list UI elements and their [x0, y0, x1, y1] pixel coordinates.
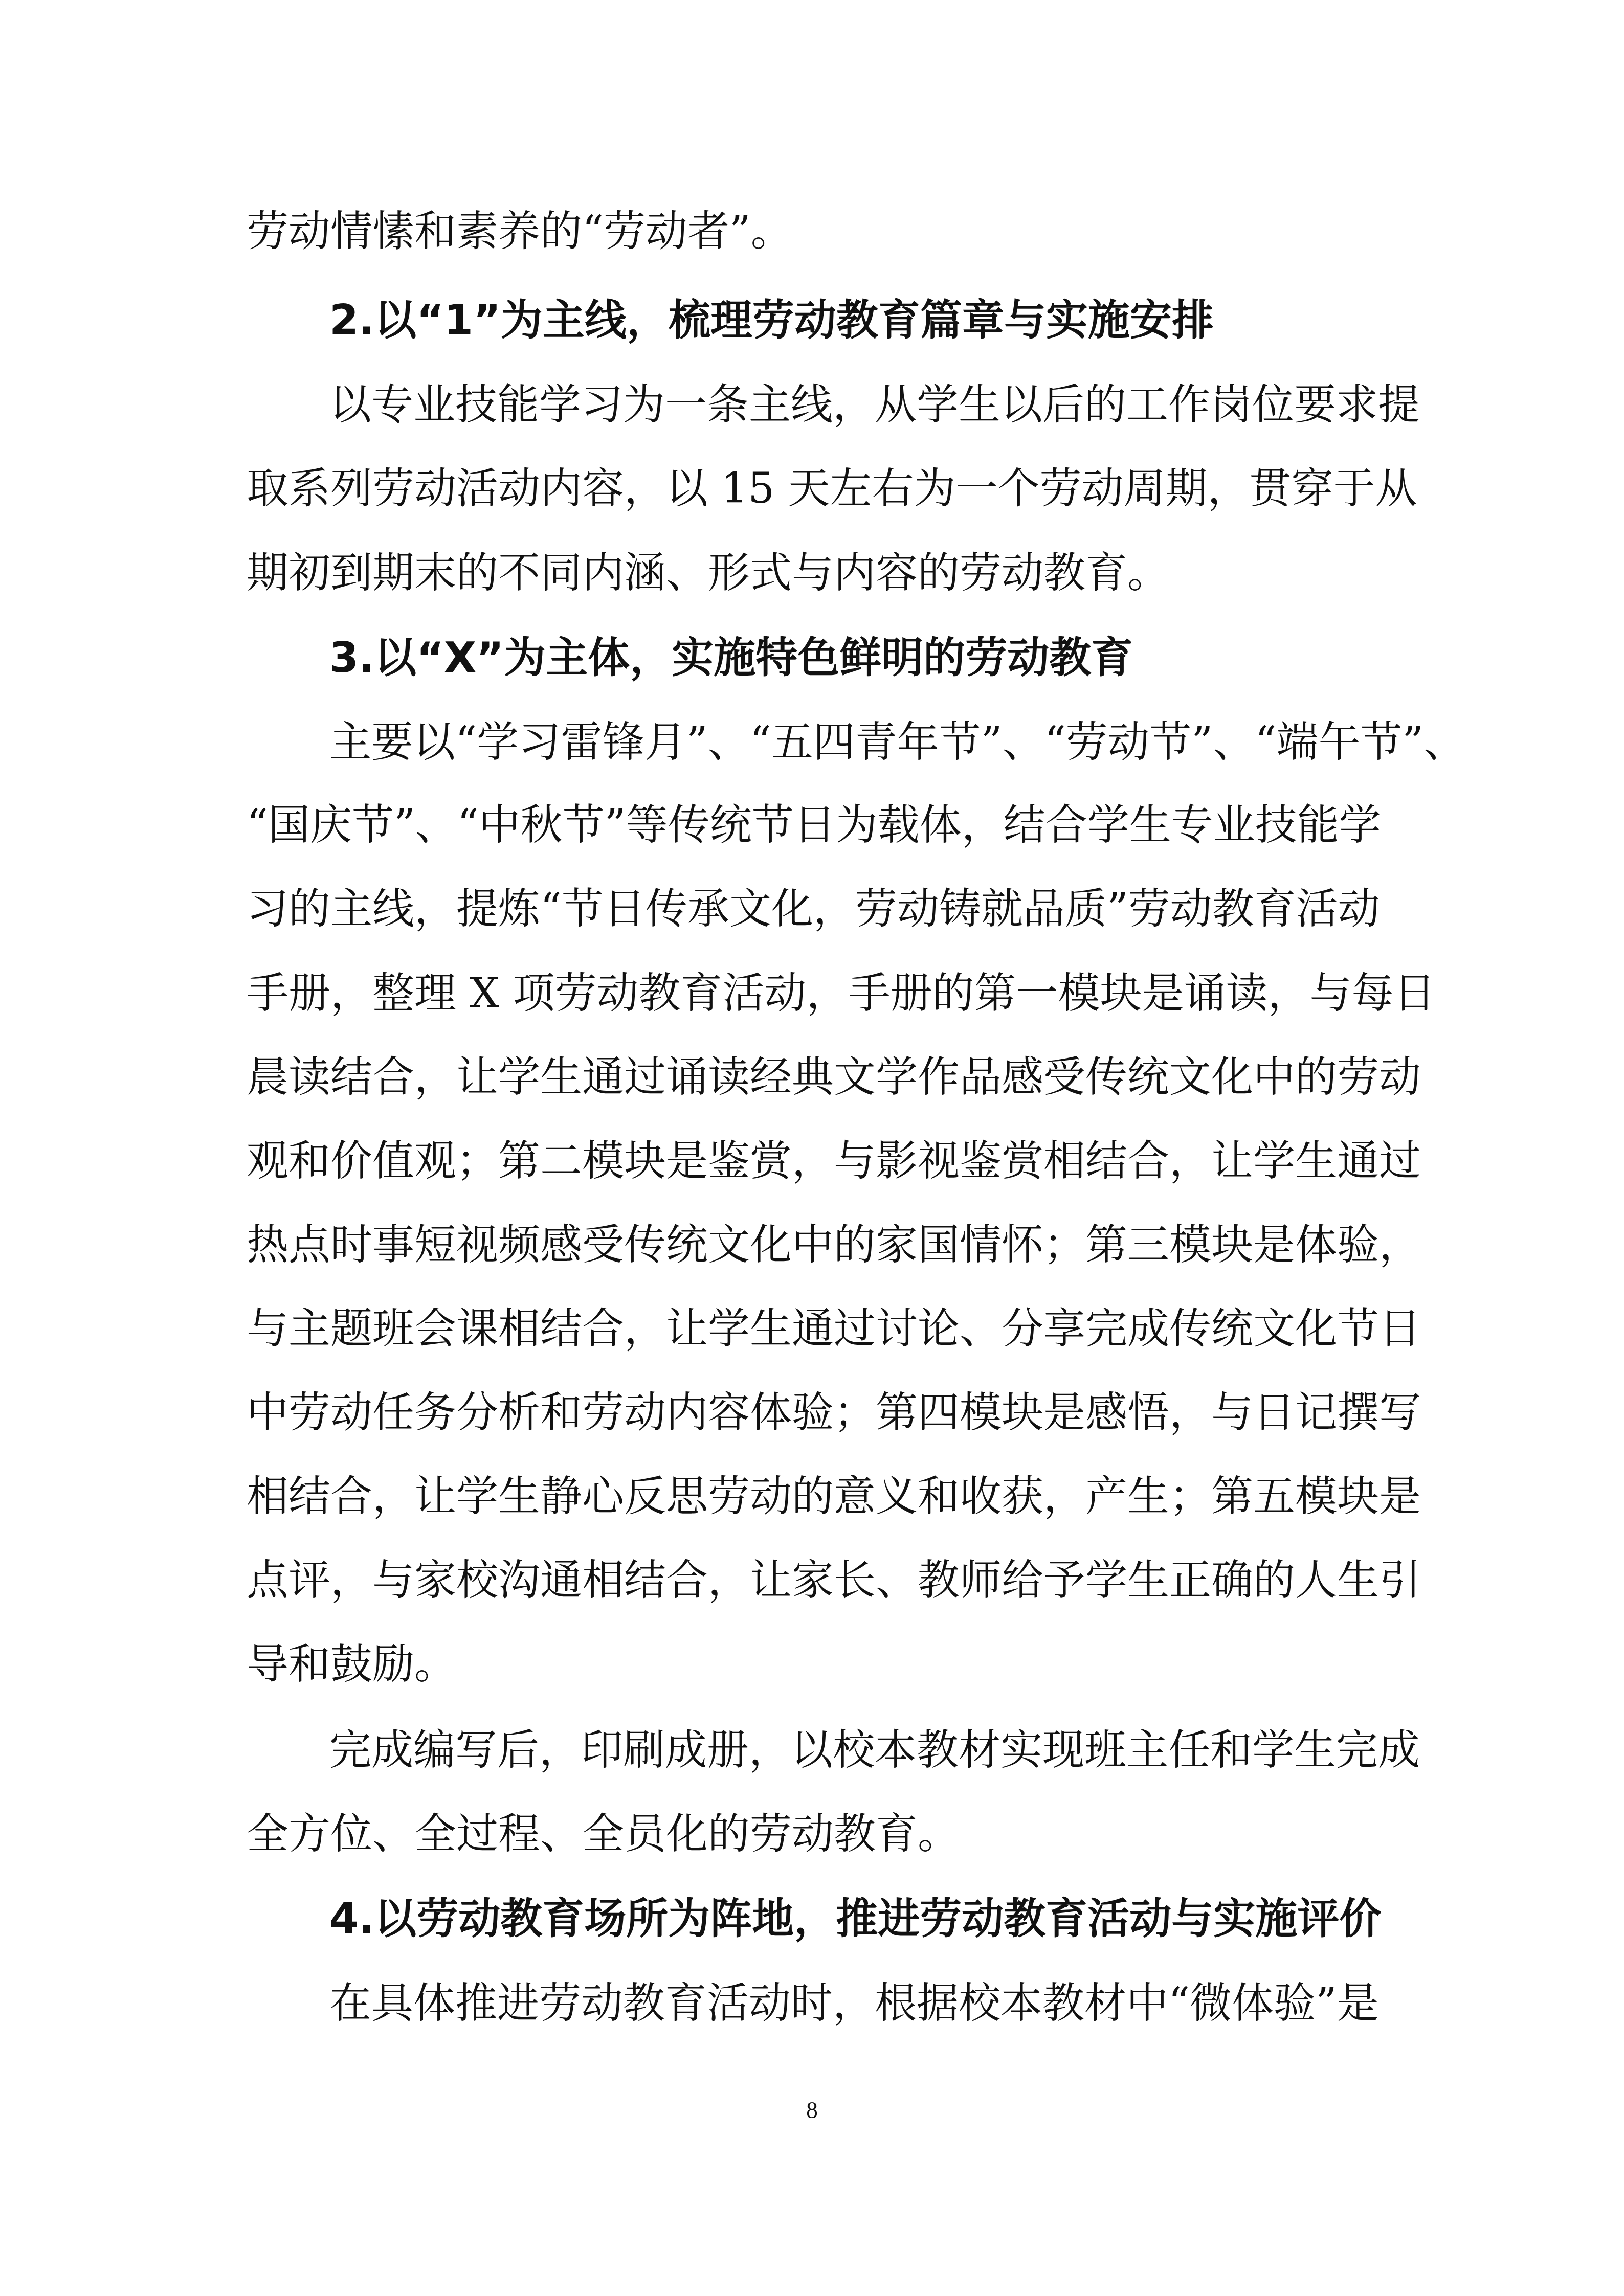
paragraph-line: 导和鼓励。 — [247, 1636, 1362, 1693]
paragraph-line: 手册，整理 X 项劳动教育活动，手册的第一模块是诵读，与每日 — [247, 965, 1362, 1022]
paragraph-line: 主要以“学习雷锋月”、“五四青年节”、“劳动节”、“端午节”、 — [329, 714, 1362, 771]
paragraph-line: 完成编写后，印刷成册，以校本教材实现班主任和学生完成 — [329, 1722, 1362, 1779]
paragraph-line: 期初到期末的不同内涵、形式与内容的劳动教育。 — [247, 545, 1362, 601]
paragraph-line: 晨读结合，让学生通过诵读经典文学作品感受传统文化中的劳动 — [247, 1049, 1362, 1106]
paragraph-line: 点评，与家校沟通相结合，让家长、教师给予学生正确的人生引 — [247, 1552, 1362, 1609]
section-heading-4: 4.以劳动教育场所为阵地，推进劳动教育活动与实施评价 — [329, 1891, 1362, 1947]
paragraph-line: 以专业技能学习为一条主线，从学生以后的工作岗位要求提 — [329, 377, 1362, 433]
paragraph-line: 观和价值观；第二模块是鉴赏，与影视鉴赏相结合，让学生通过 — [247, 1133, 1362, 1189]
paragraph-line: 全方位、全过程、全员化的劳动教育。 — [247, 1806, 1362, 1862]
paragraph-line: 中劳动任务分析和劳动内容体验；第四模块是感悟，与日记撰写 — [247, 1385, 1362, 1441]
paragraph-line: 热点时事短视频感受传统文化中的家国情怀；第三模块是体验， — [247, 1217, 1362, 1273]
paragraph-line: 与主题班会课相结合，让学生通过讨论、分享完成传统文化节日 — [247, 1301, 1362, 1357]
section-heading-2: 2.以“1”为主线，梳理劳动教育篇章与实施安排 — [329, 292, 1362, 349]
paragraph-line: 相结合，让学生静心反思劳动的意义和收获，产生；第五模块是 — [247, 1469, 1362, 1525]
paragraph-line: 取系列劳动活动内容，以 15 天左右为一个劳动周期，贯穿于从 — [247, 461, 1362, 517]
document-page: 劳动情愫和素养的“劳动者”。 2.以“1”为主线，梳理劳动教育篇章与实施安排 以… — [0, 0, 1624, 2296]
paragraph-line: 劳动情愫和素养的“劳动者”。 — [247, 204, 1362, 260]
paragraph-line: “国庆节”、“中秋节”等传统节日为载体，结合学生专业技能学 — [247, 797, 1362, 853]
section-heading-3: 3.以“X”为主体，实施特色鲜明的劳动教育 — [329, 630, 1362, 686]
paragraph-line: 习的主线，提炼“节日传承文化，劳动铸就品质”劳动教育活动 — [247, 881, 1362, 937]
paragraph-line: 在具体推进劳动教育活动时，根据校本教材中“微体验”是 — [329, 1975, 1362, 2032]
page-number: 8 — [0, 2097, 1624, 2124]
